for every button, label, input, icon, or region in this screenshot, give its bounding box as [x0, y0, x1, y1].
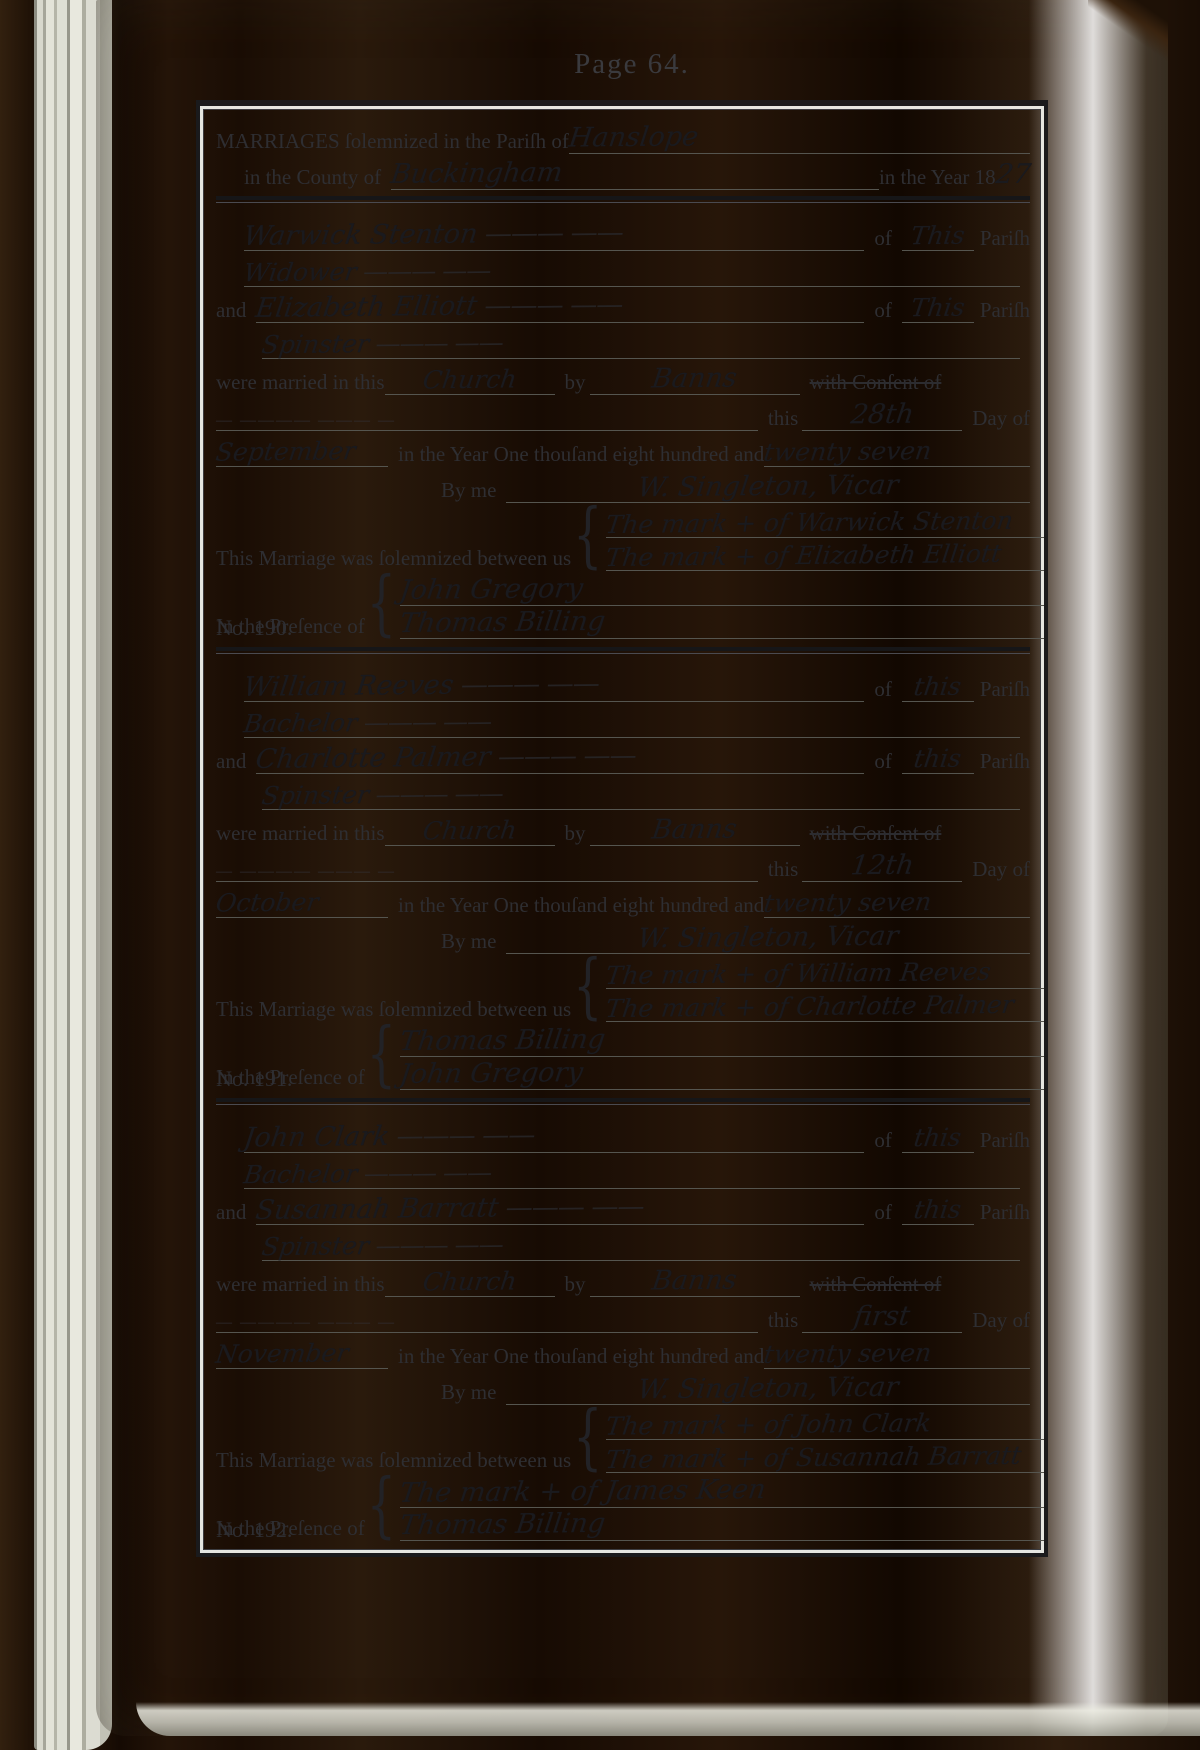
- solemnized-row: This Marriage was ſolemnized between us …: [216, 505, 1030, 571]
- bride-condition: Spinster: [260, 779, 505, 811]
- bride-mark: The mark + of Susannah Barratt: [604, 1441, 1023, 1474]
- groom-condition: Widower: [242, 256, 492, 288]
- groom-row: William Reeves of this Pariſh: [216, 668, 1030, 702]
- this-label: this: [768, 857, 798, 882]
- year-words-handwritten: twenty seven: [762, 1338, 933, 1369]
- married-row: were married in this Church by Banns wit…: [216, 361, 1030, 395]
- parish-label: Pariſh: [980, 677, 1030, 702]
- entry-number: No. 191.: [216, 1066, 292, 1092]
- month-year-row: September in the Year One thouſand eight…: [216, 433, 1030, 467]
- parish-name-handwritten: Hanslope: [567, 121, 700, 153]
- consent-label-struck: with Conſent of: [810, 821, 942, 846]
- and-label: and: [216, 1200, 246, 1225]
- solemnized-row: This Marriage was ſolemnized between us …: [216, 1407, 1030, 1473]
- married-place: Church: [421, 816, 518, 846]
- groom-name: Warwick Stenton: [242, 217, 625, 252]
- parish-label: Pariſh: [980, 1200, 1030, 1225]
- header-parish-label: MARRIAGES ſolemnized in the Pariſh of: [216, 129, 569, 154]
- day-of-label: Day of: [972, 857, 1030, 882]
- witnesses-row: In the Preſence of { John Gregory Thomas…: [216, 573, 1030, 639]
- officiant-row: By me W. Singleton, Vicar: [216, 920, 1030, 954]
- groom-condition: Bachelor: [242, 707, 493, 739]
- by-label: by: [565, 821, 586, 846]
- entry-divider: [216, 647, 1030, 654]
- witnesses-row: In the Preſence of { Thomas Billing John…: [216, 1024, 1030, 1090]
- parish-label: Pariſh: [980, 226, 1030, 251]
- married-by: Banns: [650, 814, 739, 846]
- married-by: Banns: [650, 363, 739, 395]
- groom-condition-row: Widower: [216, 253, 1030, 287]
- day-handwritten: first: [852, 1301, 912, 1333]
- of-label: of: [874, 677, 892, 702]
- year-line-label: in the Year One thouſand eight hundred a…: [398, 893, 764, 918]
- day-handwritten: 28th: [849, 399, 916, 431]
- brace-glyph: {: [365, 1008, 400, 1107]
- of-label: of: [874, 226, 892, 251]
- day-row: this 12th Day of: [216, 848, 1030, 882]
- groom-condition: Bachelor: [242, 1158, 493, 1190]
- married-in-label: were married in this: [216, 1272, 385, 1297]
- day-of-label: Day of: [972, 406, 1030, 431]
- by-label: by: [565, 370, 586, 395]
- groom-name: William Reeves: [242, 668, 601, 703]
- groom-row: Warwick Stenton of This Pariſh: [216, 217, 1030, 251]
- entry-number: No. 190.: [216, 615, 292, 641]
- witness-2: Thomas Billing: [398, 606, 607, 639]
- bride-condition: Spinster: [260, 328, 505, 360]
- bride-row: and Charlotte Palmer of this Pariſh: [216, 740, 1030, 774]
- bride-condition-row: Spinster: [216, 776, 1030, 810]
- officiant-row: By me W. Singleton, Vicar: [216, 469, 1030, 503]
- this-label: this: [768, 406, 798, 431]
- witness-1: Thomas Billing: [398, 1024, 607, 1057]
- and-label: and: [216, 749, 246, 774]
- marriage-entry: John Clark of this Pariſh Bachelor and S…: [216, 1113, 1030, 1543]
- bride-condition: Spinster: [260, 1230, 505, 1262]
- bride-parish-handwritten: This: [909, 293, 966, 323]
- by-label: by: [565, 1272, 586, 1297]
- groom-mark: The mark + of John Clark: [604, 1408, 933, 1440]
- married-place: Church: [421, 365, 518, 395]
- witnesses-row: In the Preſence of { The mark + of James…: [216, 1475, 1030, 1541]
- month-handwritten: September: [214, 436, 357, 466]
- day-handwritten: 12th: [849, 850, 916, 882]
- header-year-label: in the Year 18: [879, 165, 996, 190]
- officiant-signature: W. Singleton, Vicar: [636, 470, 900, 504]
- month-handwritten: October: [214, 887, 320, 917]
- year-line-label: in the Year One thouſand eight hundred a…: [398, 442, 764, 467]
- parish-label: Pariſh: [980, 749, 1030, 774]
- witness-1: John Gregory: [398, 573, 585, 606]
- bottom-page-edges: [136, 1702, 1200, 1736]
- bride-parish-handwritten: this: [912, 744, 963, 773]
- page-number: Page 64.: [96, 48, 1168, 81]
- header-divider: [216, 196, 1030, 203]
- of-label: of: [874, 298, 892, 323]
- married-in-label: were married in this: [216, 370, 385, 395]
- entries-list: Warwick Stenton of This Pariſh Widower a…: [216, 211, 1030, 1543]
- bride-row: and Elizabeth Elliott of This Pariſh: [216, 289, 1030, 323]
- consent-label-struck: with Conſent of: [810, 1272, 942, 1297]
- marriage-register-form: MARRIAGES ſolemnized in the Pariſh of Ha…: [196, 100, 1048, 1557]
- bride-name: Elizabeth Elliott: [254, 289, 625, 324]
- entry-number: No. 192.: [216, 1517, 292, 1543]
- this-label: this: [768, 1308, 798, 1333]
- month-year-row: November in the Year One thouſand eight …: [216, 1335, 1030, 1369]
- of-label: of: [874, 749, 892, 774]
- groom-condition-row: Bachelor: [216, 1155, 1030, 1189]
- married-in-label: were married in this: [216, 821, 385, 846]
- marriage-entry: William Reeves of this Pariſh Bachelor a…: [216, 662, 1030, 1092]
- solemnized-row: This Marriage was ſolemnized between us …: [216, 956, 1030, 1022]
- register-page: Page 64. MARRIAGES ſolemnized in the Par…: [96, 0, 1168, 1736]
- header-county-label: in the County of: [244, 165, 381, 190]
- marriage-entry: Warwick Stenton of This Pariſh Widower a…: [216, 211, 1030, 641]
- married-by: Banns: [650, 1265, 739, 1297]
- form-header-line2: in the County of Buckingham in the Year …: [216, 156, 1030, 190]
- bride-row: and Susannah Barratt of this Pariſh: [216, 1191, 1030, 1225]
- blank-consent-line: [216, 412, 758, 431]
- bride-mark: The mark + of Charlotte Palmer: [604, 990, 1016, 1023]
- married-row: were married in this Church by Banns wit…: [216, 1263, 1030, 1297]
- parish-label: Pariſh: [980, 1128, 1030, 1153]
- bride-parish-handwritten: this: [912, 1195, 963, 1224]
- bride-name: Charlotte Palmer: [254, 740, 638, 775]
- of-label: of: [874, 1128, 892, 1153]
- groom-mark: The mark + of William Reeves: [604, 957, 993, 990]
- entry-divider: [216, 1098, 1030, 1105]
- blank-consent-line: [216, 1314, 758, 1333]
- by-me-label: By me: [441, 929, 496, 954]
- year-words-handwritten: twenty seven: [762, 436, 933, 467]
- and-label: and: [216, 298, 246, 323]
- month-handwritten: November: [214, 1338, 350, 1368]
- by-me-label: By me: [441, 1380, 496, 1405]
- brace-glyph: {: [365, 557, 400, 656]
- bride-mark: The mark + of Elizabeth Elliott: [604, 539, 1003, 572]
- groom-mark: The mark + of Warwick Stenton: [604, 506, 1015, 539]
- month-year-row: October in the Year One thouſand eight h…: [216, 884, 1030, 918]
- year-handwritten: 27: [994, 159, 1032, 190]
- officiant-signature: W. Singleton, Vicar: [636, 921, 900, 955]
- form-header-line1: MARRIAGES ſolemnized in the Pariſh of Ha…: [216, 120, 1030, 154]
- witness-2: Thomas Billing: [398, 1508, 607, 1541]
- day-of-label: Day of: [972, 1308, 1030, 1333]
- bride-name: Susannah Barratt: [254, 1191, 646, 1226]
- parish-label: Pariſh: [980, 298, 1030, 323]
- county-name-handwritten: Buckingham: [389, 157, 564, 190]
- married-row: were married in this Church by Banns wit…: [216, 812, 1030, 846]
- officiant-row: By me W. Singleton, Vicar: [216, 1371, 1030, 1405]
- day-row: this first Day of: [216, 1299, 1030, 1333]
- bride-condition-row: Spinster: [216, 325, 1030, 359]
- year-words-handwritten: twenty seven: [762, 887, 933, 918]
- groom-parish-handwritten: This: [909, 221, 966, 251]
- witness-1: The mark + of James Keen: [398, 1474, 768, 1509]
- by-me-label: By me: [441, 478, 496, 503]
- officiant-signature: W. Singleton, Vicar: [636, 1372, 900, 1406]
- year-line-label: in the Year One thouſand eight hundred a…: [398, 1344, 764, 1369]
- groom-parish-handwritten: this: [912, 672, 963, 701]
- groom-parish-handwritten: this: [912, 1123, 963, 1152]
- register-book-photo: Page 64. MARRIAGES ſolemnized in the Par…: [0, 0, 1200, 1750]
- groom-name: John Clark: [242, 1119, 537, 1153]
- married-place: Church: [421, 1267, 518, 1297]
- blank-consent-line: [216, 863, 758, 882]
- groom-row: John Clark of this Pariſh: [216, 1119, 1030, 1153]
- day-row: this 28th Day of: [216, 397, 1030, 431]
- consent-label-struck: with Conſent of: [810, 370, 942, 395]
- brace-glyph: {: [365, 1459, 400, 1558]
- witness-2: John Gregory: [398, 1057, 585, 1090]
- of-label: of: [874, 1200, 892, 1225]
- groom-condition-row: Bachelor: [216, 704, 1030, 738]
- bride-condition-row: Spinster: [216, 1227, 1030, 1261]
